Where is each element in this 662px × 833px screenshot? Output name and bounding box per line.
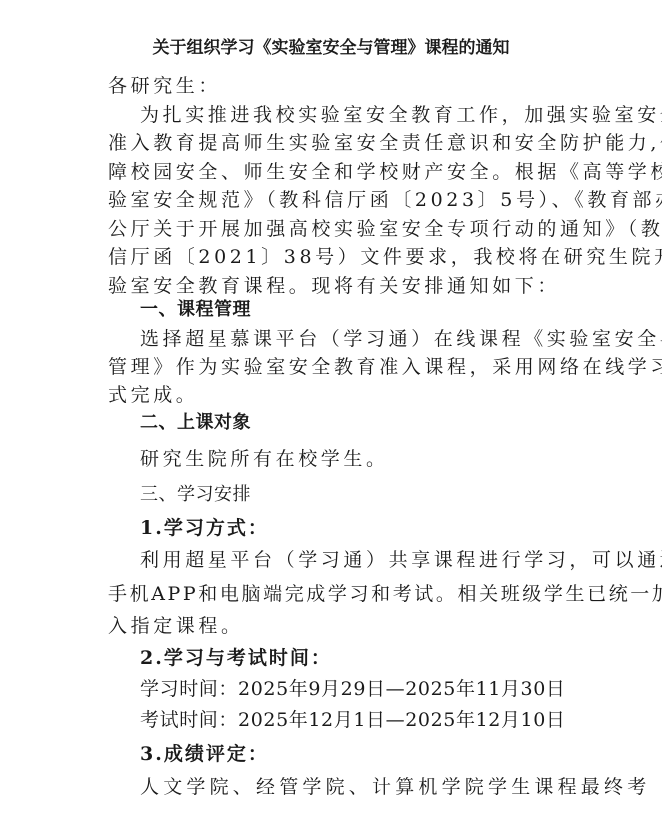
study-period: 学习时间：2025年9月29日—2025年11月30日 [140, 675, 580, 703]
intro-line: 验室安全规范》（教科信厅函〔2023〕5号）、《教育部办 [108, 186, 548, 214]
intro-line: 准入教育提高师生实验室安全责任意识和安全防护能力,保 [108, 129, 548, 157]
subsection-line: 人文学院、经管学院、计算机学院学生课程最终考 [140, 773, 550, 801]
subsection-line: 手机APP和电脑端完成学习和考试。相关班级学生已统一加 [108, 580, 548, 608]
subsection-line: 入指定课程。 [108, 612, 548, 640]
section-line: 选择超星慕课平台（学习通）在线课程《实验室安全与 [140, 325, 550, 353]
document-page: 关于组织学习《实验室安全与管理》课程的通知 各研究生： 为扎实推进我校实验室安全… [0, 0, 662, 833]
subsection-heading: 2.学习与考试时间： [140, 644, 580, 672]
section-line: 管理》作为实验室安全教育准入课程，采用网络在线学习方 [108, 353, 548, 381]
subsection-line: 利用超星平台（学习通）共享课程进行学习，可以通过 [140, 546, 550, 574]
intro-line: 信厅函〔2021〕38号）文件要求，我校将在研究生院开设实 [108, 243, 548, 271]
salutation: 各研究生： [108, 72, 548, 100]
section-heading: 二、上课对象 [140, 409, 580, 437]
subsection-heading: 3.成绩评定： [140, 740, 580, 768]
subsection-heading: 1.学习方式： [140, 514, 580, 542]
document-title: 关于组织学习《实验室安全与管理》课程的通知 [0, 34, 662, 62]
section-line: 研究生院所有在校学生。 [140, 445, 580, 473]
exam-period: 考试时间：2025年12月1日—2025年12月10日 [140, 706, 580, 734]
intro-line: 公厅关于开展加强高校实验室安全专项行动的通知》（教科 [108, 215, 548, 243]
section-heading: 三、学习安排 [140, 481, 580, 509]
section-heading: 一、课程管理 [140, 296, 580, 324]
section-line: 式完成。 [108, 381, 548, 409]
intro-line: 为扎实推进我校实验室安全教育工作，加强实验室安全 [140, 101, 550, 129]
intro-line: 障校园安全、师生安全和学校财产安全。根据《高等学校实 [108, 158, 548, 186]
